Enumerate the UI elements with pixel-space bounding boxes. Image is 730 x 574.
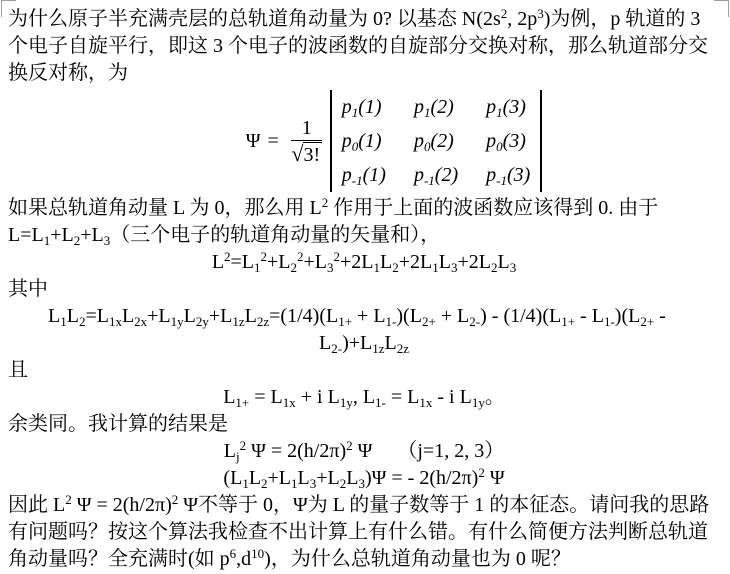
text-line-2: 个电子自旋平行，即这 3 个电子的波函数的自旋部分交换对称，那么轨道部分交 — [8, 33, 720, 60]
matrix-cell-r2c2: p0(2) — [414, 124, 458, 158]
slater-matrix: p1(1)p1(2)p1(3)p0(1)p0(2)p0(3)p-1(1)p-1(… — [332, 90, 541, 192]
equation-line-12: L1+ = L1x + i L1y, L1- = L1x - i L1y。 — [8, 384, 720, 411]
matrix-cell-r1c2: p1(2) — [414, 90, 458, 124]
fraction-numerator: 1 — [290, 116, 324, 140]
matrix-cell-r3c2: p-1(2) — [414, 158, 458, 192]
matrix-cell-r2c3: p0(3) — [486, 124, 530, 158]
fraction-denominator: √3! — [291, 140, 322, 167]
equation-line-15: (L1L2+L1L3+L2L3)Ψ = - 2(h/2π)2 Ψ — [8, 465, 720, 492]
text-line-3: 换反对称，为 — [8, 60, 720, 87]
radical-icon: √ — [291, 142, 303, 166]
matrix-cell-r3c3: p-1(3) — [486, 158, 530, 192]
text-line-11: 且 — [8, 357, 720, 384]
text-line-13: 余类同。我计算的结果是 — [8, 411, 720, 438]
equation-line-14: Lj2 Ψ = 2(h/2π)2 Ψ （j=1, 2, 3） — [8, 438, 720, 465]
text-line-17: 有问题吗？按这个算法我检查不出计算上有什么错。有什么简便方法判断总轨道 — [8, 519, 720, 546]
matrix-cell-r2c1: p0(1) — [342, 124, 386, 158]
text-boundary-mark-top-right — [714, 0, 729, 17]
text-line-6: L=L1+L2+L3（三个电子的轨道角动量的矢量和）， — [8, 222, 720, 249]
document-body: 为什么原子半充满壳层的总轨道角动量为 0? 以基态 N(2s2, 2p3)为例，… — [0, 0, 730, 573]
determinant: p1(1)p1(2)p1(3)p0(1)p0(2)p0(3)p-1(1)p-1(… — [330, 90, 543, 192]
text-line-5: 如果总轨道角动量 L 为 0，那么用 L2 作用于上面的波函数应该得到 0. 由… — [8, 195, 720, 222]
text-line-18: 角动量吗？全充满时(如 p6,d10)，为什么总轨道角动量也为 0 呢？ — [8, 546, 720, 573]
equation-line-7: L2=L12+L22+L32+2L1L2+2L1L3+2L2L3 — [8, 249, 720, 276]
text-line-8: 其中 — [8, 276, 720, 303]
matrix-cell-r3c1: p-1(1) — [342, 158, 386, 192]
matrix-cell-r1c1: p1(1) — [342, 90, 386, 124]
matrix-cell-r1c3: p1(3) — [486, 90, 530, 124]
normalization-fraction: 1√3! — [290, 116, 324, 167]
text-line-16: 因此 L2 Ψ = 2(h/2π)2 Ψ不等于 0，Ψ为 L 的量子数等于 1 … — [8, 492, 720, 519]
equation-line-9: L1L2=L1xL2x+L1yL2y+L1zL2z=(1/4)(L1+ + L1… — [8, 303, 720, 330]
formula-lhs: Ψ = — [246, 130, 280, 153]
determinant-bar-right — [540, 90, 542, 192]
text-line-1: 为什么原子半充满壳层的总轨道角动量为 0? 以基态 N(2s2, 2p3)为例，… — [8, 6, 720, 33]
radicand: 3! — [303, 142, 322, 167]
text-boundary-mark-top-left — [1, 0, 16, 17]
equation-line-10: L2-)+L1zL2z — [8, 330, 720, 357]
determinant-formula: Ψ =1√3!p1(1)p1(2)p1(3)p0(1)p0(2)p0(3)p-1… — [38, 87, 730, 195]
